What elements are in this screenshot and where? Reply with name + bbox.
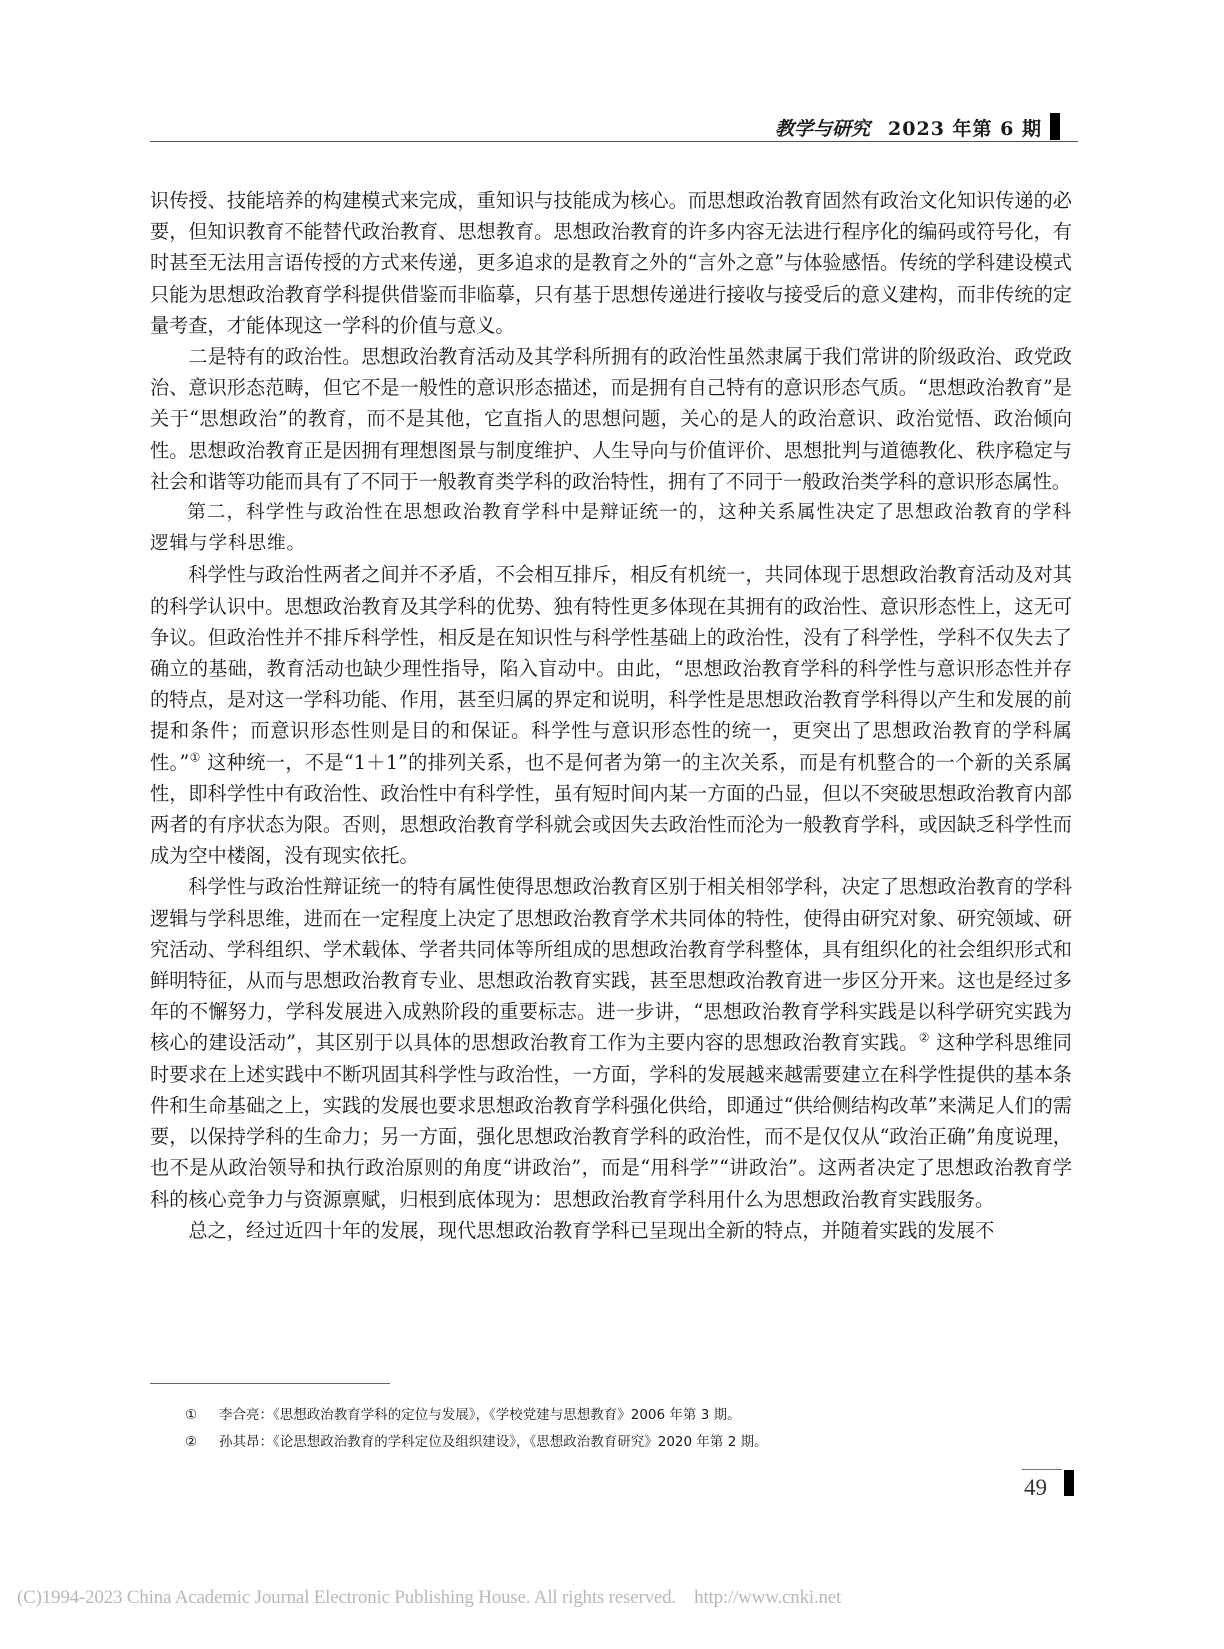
footnote-text: 孙其昂：《论思想政治教育的学科定位及组织建设》，《思想政治教育研究》2020 年… (219, 1434, 768, 1450)
header-rule (150, 141, 1078, 142)
issue-label: 2023 年第 6 期 (888, 118, 1042, 140)
copyright-watermark: (C)1994-2023 China Academic Journal Elec… (17, 1587, 841, 1609)
paragraph-continued: 识传授、技能培养的构建模式来完成，重知识与技能成为核心。而思想政治教育固然有政治… (150, 185, 1072, 341)
running-header: 教学与研究2023 年第 6 期 (150, 112, 1078, 142)
footnote-ref-1[interactable]: ① (189, 750, 200, 764)
footnote-mark: ① (185, 1402, 219, 1429)
page-number-rule (1022, 1469, 1062, 1470)
footnote-ref-2[interactable]: ② (919, 1031, 930, 1045)
paragraph-text: 科学性与政治性辩证统一的特有属性使得思想政治教育区别于相关相邻学科，决定了思想政… (150, 875, 1072, 1054)
footnote-divider (150, 1383, 390, 1384)
page-marker-block (1064, 1470, 1074, 1496)
footnote-mark: ② (185, 1429, 219, 1456)
page-number: 49 (1024, 1475, 1047, 1501)
paragraph-text: 科学性与政治性两者之间并不矛盾，不会相互排斥，相反有机统一，共同体现于思想政治教… (150, 563, 1072, 773)
page-number-box: 49 (1022, 1469, 1076, 1503)
header-title: 教学与研究2023 年第 6 期 (775, 114, 1042, 141)
footnote-1: ①李合亮：《思想政治教育学科的定位与发展》，《学校党建与思想教育》2006 年第… (185, 1402, 1065, 1429)
paragraph-discipline-logic: 科学性与政治性辩证统一的特有属性使得思想政治教育区别于相关相邻学科，决定了思想政… (150, 871, 1072, 1214)
journal-name: 教学与研究 (775, 118, 870, 140)
paragraph-text: 这种统一，不是“1＋1”的排列关系，也不是何者为第一的主次关系，而是有机整合的一… (150, 751, 1072, 868)
paragraph-conclusion: 总之，经过近四十年的发展，现代思想政治教育学科已呈现出全新的特点，并随着实践的发… (150, 1215, 1072, 1246)
header-marker-block (1050, 113, 1060, 140)
footnotes: ①李合亮：《思想政治教育学科的定位与发展》，《学校党建与思想教育》2006 年第… (185, 1402, 1065, 1456)
paragraph-unity: 科学性与政治性两者之间并不矛盾，不会相互排斥，相反有机统一，共同体现于思想政治教… (150, 559, 1072, 871)
footnote-text: 李合亮：《思想政治教育学科的定位与发展》，《学校党建与思想教育》2006 年第 … (219, 1407, 741, 1423)
paragraph-text: 这种学科思维同时要求在上述实践中不断巩固其科学性与政治性，一方面，学科的发展越来… (150, 1031, 1072, 1210)
section-heading-second: 第二，科学性与政治性在思想政治教育学科中是辩证统一的，这种关系属性决定了思想政治… (150, 497, 1072, 559)
article-body: 识传授、技能培养的构建模式来完成，重知识与技能成为核心。而思想政治教育固然有政治… (150, 185, 1072, 1246)
paragraph-political-nature: 二是特有的政治性。思想政治教育活动及其学科所拥有的政治性虽然隶属于我们常讲的阶级… (150, 341, 1072, 497)
footnote-2: ②孙其昂：《论思想政治教育的学科定位及组织建设》，《思想政治教育研究》2020 … (185, 1429, 1065, 1456)
